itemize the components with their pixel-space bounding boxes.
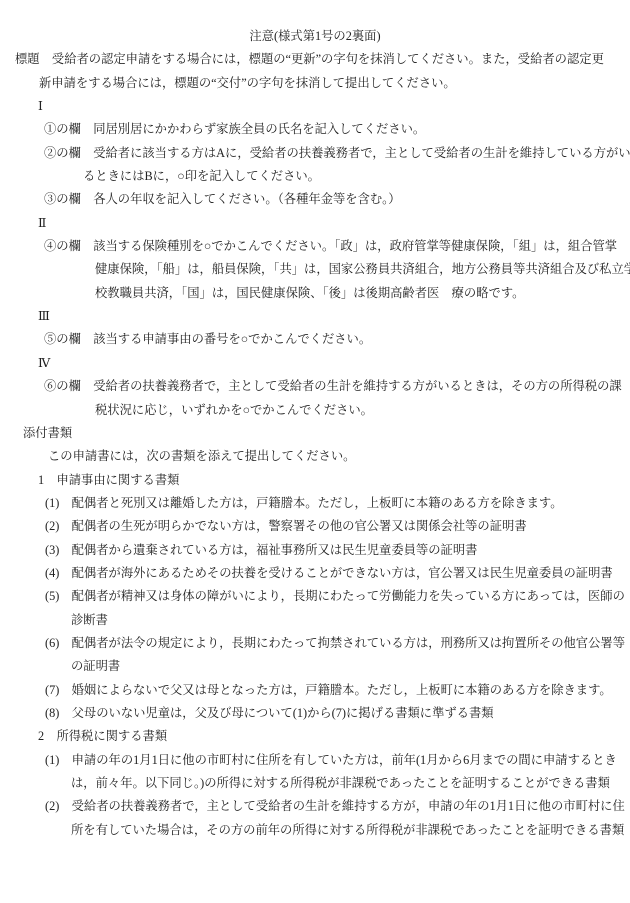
roman-numeral-line: Ⅲ <box>38 305 630 328</box>
text-line: (2) 配偶者の生死が明らかでない方は，警察署その他の官公署又は関係会社等の証明… <box>45 515 630 538</box>
section-heading: 添付書類 <box>23 422 630 445</box>
text-line: (4) 配偶者が海外にあるためその扶養を受けることができない方は，官公署又は民生… <box>45 562 630 585</box>
text-line: ①の欄 同居別居にかかわらず家族全員の氏名を記入してください。 <box>44 118 630 141</box>
text-line: (8) 父母のいない児童は，父及び母について(1)から(7)に掲げる書類に準ずる… <box>45 702 630 725</box>
text-line: ⑤の欄 該当する申請事由の番号を○でかこんでください。 <box>44 328 630 351</box>
text-line: 校教職員共済，「国」は，国民健康保険、「後」は後期高齢者医 療の略です。 <box>95 282 630 305</box>
text-line: 健康保険，「船」は，船員保険，「共」は，国家公務員共済組合，地方公務員等共済組合… <box>95 258 630 281</box>
document-body: 注意(様式第1号の2裏面)標題 受給者の認定申請をする場合には，標題の“更新”の… <box>0 25 630 842</box>
text-line: 診断書 <box>71 609 630 632</box>
text-line: (1) 配偶者と死別又は離婚した方は，戸籍謄本。ただし，上板町に本籍のある方を除… <box>45 492 630 515</box>
page-title: 注意(様式第1号の2裏面) <box>0 25 630 48</box>
text-line: ②の欄 受給者に該当する方はAに，受給者の扶養義務者で，主として受給者の生計を維… <box>44 142 630 165</box>
text-line: るときにはBに，○印を記入してください。 <box>83 165 630 188</box>
text-line: ④の欄 該当する保険種別を○でかこんでください。「政」は，政府管掌等健康保険，「… <box>44 235 630 258</box>
text-line: 新申請をする場合には，標題の“交付”の字句を抹消して提出してください。 <box>39 72 630 95</box>
text-line: (7) 婚姻によらないで父又は母となった方は，戸籍謄本。ただし，上板町に本籍のあ… <box>45 679 630 702</box>
text-line: ⑥の欄 受給者の扶養義務者で，主として受給者の生計を維持する方がいるときは，その… <box>44 375 630 398</box>
text-line: (3) 配偶者から遺棄されている方は，福祉事務所又は民生児童委員等の証明書 <box>45 539 630 562</box>
roman-numeral-line: Ⅱ <box>38 212 630 235</box>
roman-numeral-line: Ⅳ <box>38 352 630 375</box>
text-line: 所を有していた場合は，その方の前年の所得に対する所得税が非課税であったことを証明… <box>71 819 630 842</box>
heading-line: 標題 受給者の認定申請をする場合には，標題の“更新”の字句を抹消してください。ま… <box>15 48 630 71</box>
text-line: (6) 配偶者が法令の規定により，長期にわたって拘禁されている方は，刑務所又は拘… <box>45 632 630 655</box>
section-heading: 1 申請事由に関する書類 <box>38 469 630 492</box>
text-line: は，前々年。以下同じ。)の所得に対する所得税が非課税であったことを証明することが… <box>71 772 630 795</box>
text-line: (5) 配偶者が精神又は身体の障がいにより，長期にわたって労働能力を失っている方… <box>45 585 630 608</box>
text-line: この申請書には，次の書類を添えて提出してください。 <box>48 445 630 468</box>
document-page: 注意(様式第1号の2裏面)標題 受給者の認定申請をする場合には，標題の“更新”の… <box>0 0 630 903</box>
text-line: ③の欄 各人の年収を記入してください。（各種年金等を含む。） <box>44 188 630 211</box>
roman-numeral-line: Ⅰ <box>38 95 630 118</box>
text-line: (1) 申請の年の1月1日に他の市町村に住所を有していた方は，前年(1月から6月… <box>45 749 630 772</box>
text-line: の証明書 <box>71 655 630 678</box>
section-heading: 2 所得税に関する書類 <box>38 725 630 748</box>
text-line: (2) 受給者の扶養義務者で，主として受給者の生計を維持する方が，申請の年の1月… <box>45 795 630 818</box>
text-line: 税状況に応じ，いずれかを○でかこんでください。 <box>95 399 630 422</box>
